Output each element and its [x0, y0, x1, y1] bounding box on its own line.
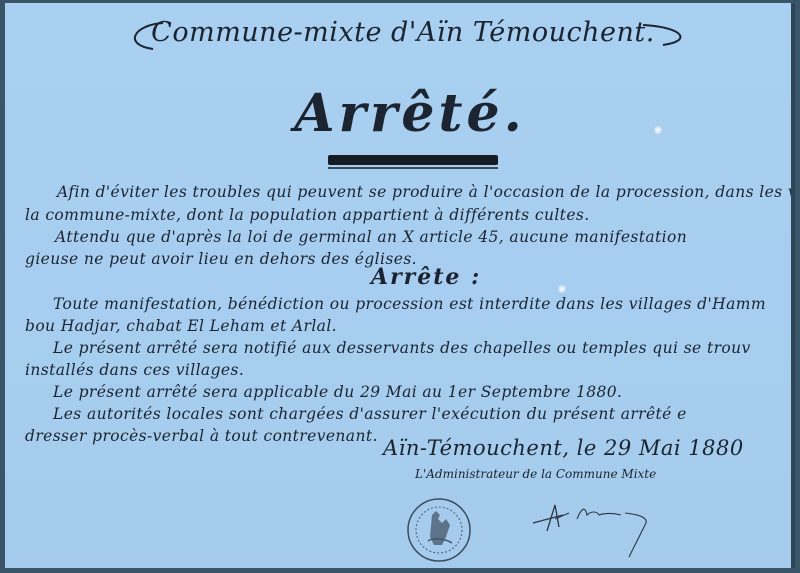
preamble-line-2: la commune-mixte, dont la population app…	[25, 206, 590, 224]
document-page: Commune-mixte d'Aïn Témouchent. Arrêté. …	[5, 3, 795, 568]
document-title: Arrêté.	[245, 83, 575, 144]
title-underline	[328, 155, 498, 165]
section-heading: Arrête :	[371, 264, 481, 290]
signature-icon	[525, 501, 675, 561]
article-line-7: dresser procès-verbal à tout contrevenan…	[25, 427, 378, 445]
scan-glare	[558, 285, 566, 293]
page-edge	[791, 3, 795, 568]
signatory-title: L'Administrateur de la Commune Mixte	[415, 467, 656, 481]
article-line-3: Le présent arrêté sera notifié aux desse…	[53, 339, 751, 357]
preamble-line-3: Attendu que d'après la loi de germinal a…	[55, 228, 687, 246]
official-seal-icon	[406, 497, 472, 563]
preamble-line-1: Afin d'éviter les troubles qui peuvent s…	[57, 183, 795, 201]
article-line-6: Les autorités locales sont chargées d'as…	[53, 405, 687, 423]
article-line-5: Le présent arrêté sera applicable du 29 …	[53, 383, 622, 401]
scan-glare	[654, 126, 662, 134]
document-header: Commune-mixte d'Aïn Témouchent.	[123, 17, 683, 48]
article-line-1: Toute manifestation, bénédiction ou proc…	[53, 295, 766, 313]
title-underline-thin	[328, 167, 498, 169]
article-line-2: bou Hadjar, chabat El Leham et Arlal.	[25, 317, 337, 335]
place-and-date: Aïn-Témouchent, le 29 Mai 1880	[383, 436, 744, 460]
scan-frame: Commune-mixte d'Aïn Témouchent. Arrêté. …	[0, 0, 800, 573]
preamble-line-4: gieuse ne peut avoir lieu en dehors des …	[25, 250, 417, 268]
article-line-4: installés dans ces villages.	[25, 361, 244, 379]
